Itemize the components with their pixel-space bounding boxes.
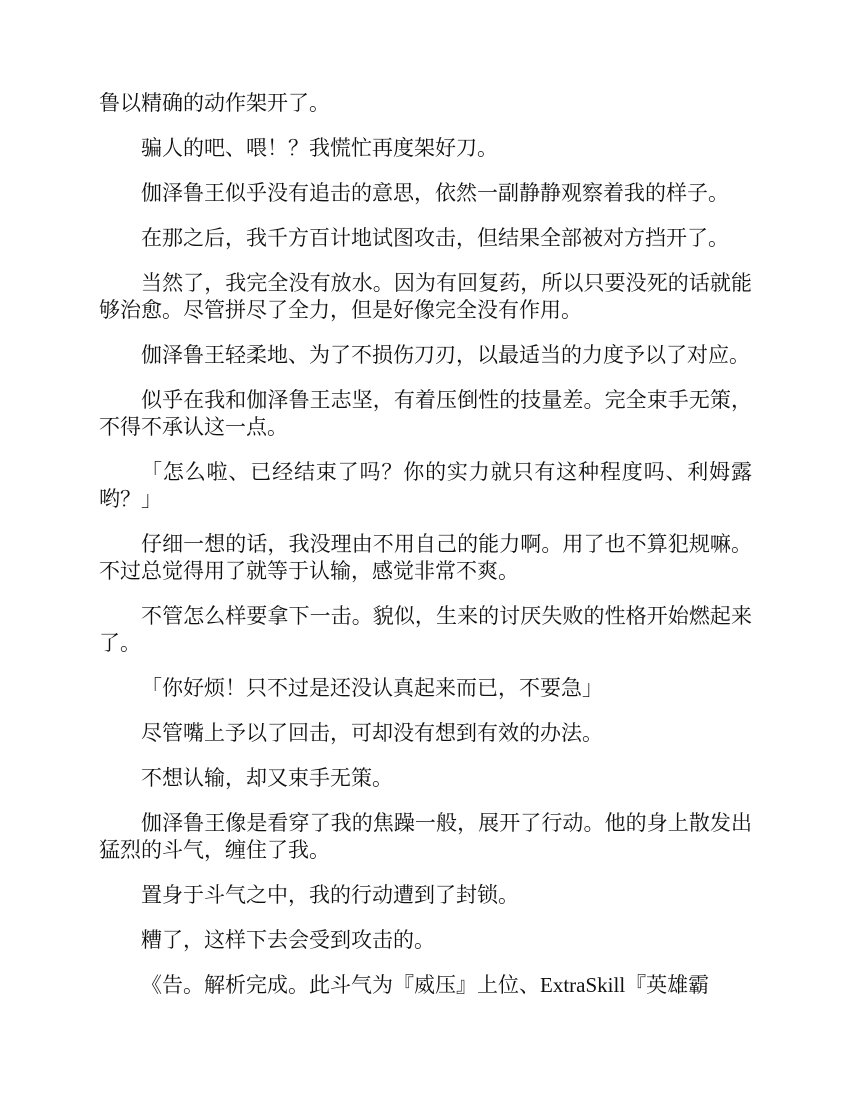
paragraph: 不想认输，却又束手无策。 xyxy=(99,765,752,792)
paragraph: 仔细一想的话，我没理由不用自己的能力啊。用了也不算犯规嘛。不过总觉得用了就等于认… xyxy=(99,531,752,585)
paragraph: 「你好烦！只不过是还没认真起来而已，不要急」 xyxy=(99,675,752,702)
paragraph: 尽管嘴上予以了回击，可却没有想到有效的办法。 xyxy=(99,720,752,747)
paragraph: 不管怎么样要拿下一击。貌似，生来的讨厌失败的性格开始燃起来了。 xyxy=(99,603,752,657)
novel-text: 鲁以精确的动作架开了。骗人的吧、喂！？我慌忙再度架好刀。伽泽鲁王似乎没有追击的意… xyxy=(99,90,752,999)
document-page: 鲁以精确的动作架开了。骗人的吧、喂！？我慌忙再度架好刀。伽泽鲁王似乎没有追击的意… xyxy=(0,0,850,1100)
paragraph: 当然了，我完全没有放水。因为有回复药，所以只要没死的话就能够治愈。尽管拼尽了全力… xyxy=(99,270,752,324)
paragraph: 伽泽鲁王轻柔地、为了不损伤刀刃，以最适当的力度予以了对应。 xyxy=(99,342,752,369)
paragraph: 在那之后，我千方百计地试图攻击，但结果全部被对方挡开了。 xyxy=(99,225,752,252)
paragraph: 骗人的吧、喂！？我慌忙再度架好刀。 xyxy=(99,135,752,162)
paragraph: 「怎么啦、已经结束了吗？你的实力就只有这种程度吗、利姆露哟？」 xyxy=(99,459,752,513)
paragraph: 置身于斗气之中，我的行动遭到了封锁。 xyxy=(99,882,752,909)
paragraph: 糟了，这样下去会受到攻击的。 xyxy=(99,927,752,954)
paragraph: 鲁以精确的动作架开了。 xyxy=(99,90,752,117)
paragraph: 伽泽鲁王似乎没有追击的意思，依然一副静静观察着我的样子。 xyxy=(99,180,752,207)
paragraph: 伽泽鲁王像是看穿了我的焦躁一般，展开了行动。他的身上散发出猛烈的斗气，缠住了我。 xyxy=(99,810,752,864)
paragraph: 似乎在我和伽泽鲁王志坚，有着压倒性的技量差。完全束手无策，不得不承认这一点。 xyxy=(99,387,752,441)
paragraph: 《告。解析完成。此斗气为『威压』上位、ExtraSkill『英雄霸 xyxy=(99,972,752,999)
